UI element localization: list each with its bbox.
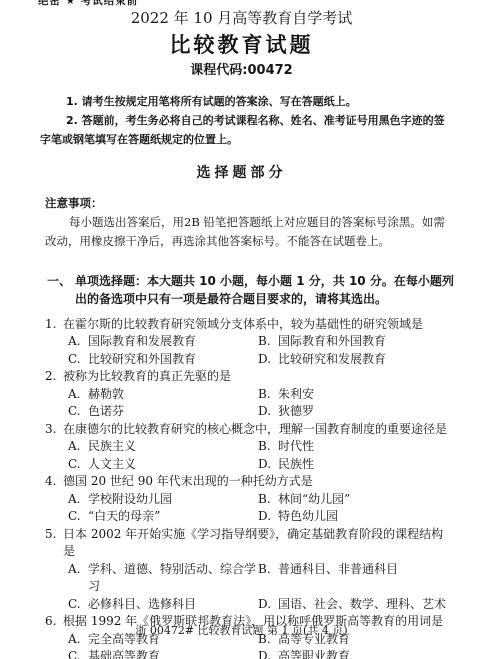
question-stem-line: 4. 德国 20 世纪 90 年代末出现的一种托幼方式是	[45, 473, 453, 491]
general-instructions: 1. 请考生按规定用笔将所有试题的答案涂、写在答题纸上。 2. 答题前，考生务必…	[40, 92, 449, 149]
option-label: D.	[258, 351, 278, 369]
option-label: B.	[258, 561, 278, 596]
option-d: D.国语、社会、数学、理科、艺术	[258, 596, 453, 614]
option-b: B.朱利安	[258, 386, 453, 404]
option-a: A.国际教育和发展教育	[68, 333, 258, 351]
option-text: 狄德罗	[278, 403, 314, 421]
question-2: 2. 被称为比较教育的真正先驱的是 A.赫勒敦 B.朱利安 C.色诺芬 D.狄德…	[45, 368, 453, 421]
question-stem-line: 2. 被称为比较教育的真正先驱的是	[45, 368, 453, 386]
option-text: 特色幼儿园	[278, 508, 338, 526]
question-4: 4. 德国 20 世纪 90 年代末出现的一种托幼方式是 A.学校附设幼儿园 B…	[45, 473, 453, 526]
section-heading-text: 单项选择题：本大题共 10 小题，每小题 1 分，共 10 分。在每小题列出的备…	[75, 272, 455, 309]
option-label: D.	[258, 508, 278, 526]
question-1: 1. 在霍尔斯的比较教育研究领域分支体系中，较为基础性的研究领域是 A.国际教育…	[45, 316, 453, 369]
option-d: D.民族性	[258, 456, 453, 474]
option-label: B.	[258, 438, 278, 456]
option-text: 比较研究和发展教育	[278, 351, 386, 369]
exam-session-title: 2022 年 10 月高等教育自学考试	[0, 9, 483, 28]
option-grid: A.民族主义 B.时代性 C.人文主义 D.民族性	[68, 438, 453, 473]
question-stem: 日本 2002 年开始实施《学习指导纲要》，确定基础教育阶段的课程结构是	[63, 526, 453, 561]
option-c: C.基础高等教育	[68, 648, 258, 659]
notice-body: 每小题选出答案后，用2B 铅笔把答题纸上对应题目的答案标号涂黑。如需改动，用橡皮…	[45, 213, 449, 252]
option-c: C.人文主义	[68, 456, 258, 474]
question-5: 5. 日本 2002 年开始实施《学习指导纲要》，确定基础教育阶段的课程结构是 …	[45, 526, 453, 614]
option-label: D.	[258, 596, 278, 614]
option-text: 基础高等教育	[88, 648, 160, 659]
option-grid: A.学科、道德、特别活动、综合学习 B.普通科目、非普通科目 C.必修科目、选修…	[68, 561, 453, 614]
option-c: C.“白天的母亲”	[68, 508, 258, 526]
question-number: 3.	[45, 421, 63, 439]
question-number: 5.	[45, 526, 63, 561]
question-number: 2.	[45, 368, 63, 386]
option-d: D.高等职业教育	[258, 648, 453, 659]
option-text: 必修科目、选修科目	[88, 596, 196, 614]
option-text: 人文主义	[88, 456, 136, 474]
option-b: B.国际教育和外国教育	[258, 333, 453, 351]
option-grid: A.学校附设幼儿园 B.林间“幼儿园” C.“白天的母亲” D.特色幼儿园	[68, 491, 453, 526]
option-label: A.	[68, 386, 88, 404]
option-label: C.	[68, 648, 88, 659]
option-grid: A.国际教育和发展教育 B.国际教育和外国教育 C.比较研究和外国教育 D.比较…	[68, 333, 453, 368]
option-label: C.	[68, 351, 88, 369]
question-list: 1. 在霍尔斯的比较教育研究领域分支体系中，较为基础性的研究领域是 A.国际教育…	[45, 316, 453, 659]
option-label: A.	[68, 491, 88, 509]
option-b: B.林间“幼儿园”	[258, 491, 453, 509]
option-label: C.	[68, 403, 88, 421]
notice-block: 注意事项： 每小题选出答案后，用2B 铅笔把答题纸上对应题目的答案标号涂黑。如需…	[45, 195, 449, 252]
option-label: B.	[258, 333, 278, 351]
option-text: 色诺芬	[88, 403, 124, 421]
option-label: D.	[258, 456, 278, 474]
option-text: 民族主义	[88, 438, 136, 456]
question-stem: 德国 20 世纪 90 年代末出现的一种托幼方式是	[63, 473, 453, 491]
option-text: 赫勒敦	[88, 386, 124, 404]
option-text: 国际教育和发展教育	[88, 333, 196, 351]
question-stem-line: 3. 在康德尔的比较教育研究的核心概念中，理解一国教育制度的重要途径是	[45, 421, 453, 439]
option-b: B.时代性	[258, 438, 453, 456]
option-text: “白天的母亲”	[88, 508, 160, 526]
option-text: 学科、道德、特别活动、综合学习	[88, 561, 258, 596]
section-heading: 一、 单项选择题：本大题共 10 小题，每小题 1 分，共 10 分。在每小题列…	[47, 272, 455, 309]
option-text: 国语、社会、数学、理科、艺术	[278, 596, 446, 614]
paper-header: 2022 年 10 月高等教育自学考试 比较教育试题 课程代码:00472	[0, 0, 483, 79]
option-label: C.	[68, 596, 88, 614]
option-label: D.	[258, 648, 278, 659]
option-label: B.	[258, 386, 278, 404]
option-label: A.	[68, 438, 88, 456]
option-d: D.特色幼儿园	[258, 508, 453, 526]
option-text: 普通科目、非普通科目	[278, 561, 398, 596]
option-label: A.	[68, 561, 88, 596]
option-d: D.狄德罗	[258, 403, 453, 421]
question-stem: 被称为比较教育的真正先驱的是	[63, 368, 453, 386]
section-number: 一、	[47, 272, 75, 309]
option-c: C.色诺芬	[68, 403, 258, 421]
instruction-item: 1. 请考生按规定用笔将所有试题的答案涂、写在答题纸上。	[40, 92, 449, 111]
security-classification-strip: 绝密 ★ 考试结束前	[38, 0, 138, 7]
option-label: C.	[68, 456, 88, 474]
paper-title: 比较教育试题	[0, 33, 483, 58]
option-text: 比较研究和外国教育	[88, 351, 196, 369]
option-label: B.	[258, 491, 278, 509]
option-label: D.	[258, 403, 278, 421]
exam-paper-page: 绝密 ★ 考试结束前 2022 年 10 月高等教育自学考试 比较教育试题 课程…	[0, 0, 483, 659]
option-a: A.民族主义	[68, 438, 258, 456]
option-text: 民族性	[278, 456, 314, 474]
part-title: 选择题部分	[0, 162, 483, 182]
option-b: B.普通科目、非普通科目	[258, 561, 453, 596]
option-c: C.比较研究和外国教育	[68, 351, 258, 369]
notice-label: 注意事项：	[45, 195, 449, 211]
option-label: A.	[68, 333, 88, 351]
question-number: 4.	[45, 473, 63, 491]
option-text: 国际教育和外国教育	[278, 333, 386, 351]
question-number: 1.	[45, 316, 63, 334]
option-text: 朱利安	[278, 386, 314, 404]
option-c: C.必修科目、选修科目	[68, 596, 258, 614]
security-note: 绝密 ★ 考试结束前	[38, 0, 138, 7]
option-a: A.赫勒敦	[68, 386, 258, 404]
option-d: D.比较研究和发展教育	[258, 351, 453, 369]
option-grid: A.赫勒敦 B.朱利安 C.色诺芬 D.狄德罗	[68, 386, 453, 421]
option-text: 学校附设幼儿园	[88, 491, 172, 509]
page-footer: 浙 00472# 比较教育试题 第 1 页(共 4 页)	[0, 622, 483, 638]
question-stem: 在康德尔的比较教育研究的核心概念中，理解一国教育制度的重要途径是	[63, 421, 453, 439]
option-text: 高等职业教育	[278, 648, 350, 659]
question-stem-line: 5. 日本 2002 年开始实施《学习指导纲要》，确定基础教育阶段的课程结构是	[45, 526, 453, 561]
option-a: A.学校附设幼儿园	[68, 491, 258, 509]
question-stem-line: 1. 在霍尔斯的比较教育研究领域分支体系中，较为基础性的研究领域是	[45, 316, 453, 334]
course-code: 课程代码:00472	[0, 63, 483, 79]
option-label: C.	[68, 508, 88, 526]
instruction-item: 2. 答题前，考生务必将自己的考试课程名称、姓名、准考证号用黑色字迹的签字笔或钢…	[40, 111, 449, 149]
option-text: 时代性	[278, 438, 314, 456]
option-a: A.学科、道德、特别活动、综合学习	[68, 561, 258, 596]
question-stem: 在霍尔斯的比较教育研究领域分支体系中，较为基础性的研究领域是	[63, 316, 453, 334]
question-3: 3. 在康德尔的比较教育研究的核心概念中，理解一国教育制度的重要途径是 A.民族…	[45, 421, 453, 474]
option-text: 林间“幼儿园”	[278, 491, 350, 509]
